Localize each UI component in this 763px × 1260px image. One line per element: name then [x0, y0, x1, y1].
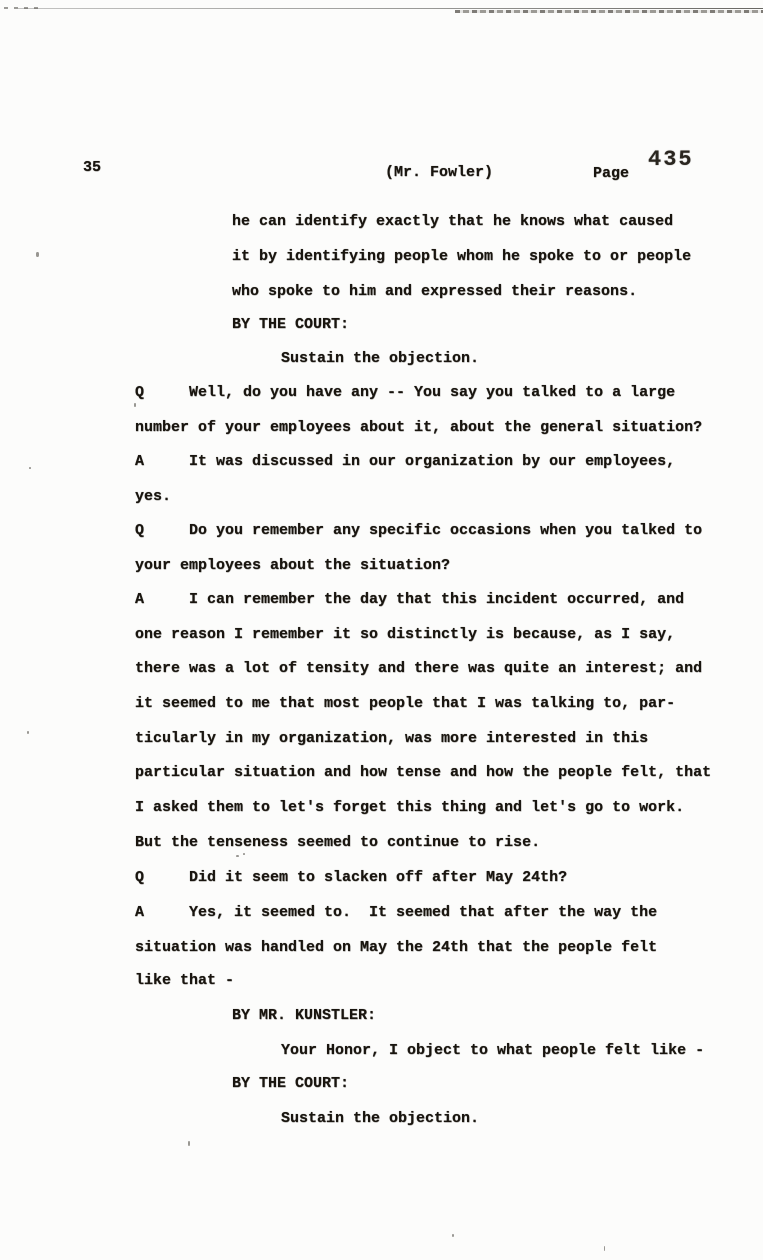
- scan-speck: [188, 1141, 190, 1146]
- court-ruling-line: Sustain the objection.: [281, 349, 479, 369]
- scan-speck: [243, 853, 245, 855]
- scan-speck: [452, 1234, 454, 1237]
- transcript-line: he can identify exactly that he knows wh…: [232, 212, 673, 232]
- scan-speck: [36, 252, 39, 257]
- answer-line: A It was discussed in our organization b…: [135, 452, 675, 472]
- transcript-line: there was a lot of tensity and there was…: [135, 659, 702, 679]
- speaker-heading-court: BY THE COURT:: [232, 315, 349, 335]
- answer-line: A I can remember the day that this incid…: [135, 590, 684, 610]
- transcript-line: your employees about the situation?: [135, 556, 450, 576]
- court-ruling-line: Sustain the objection.: [281, 1109, 479, 1129]
- speaker-heading-kunstler: BY MR. KUNSTLER:: [232, 1006, 376, 1026]
- scan-speck: [29, 467, 31, 469]
- speaker-heading-court: BY THE COURT:: [232, 1074, 349, 1094]
- transcript-line: one reason I remember it so distinctly i…: [135, 625, 675, 645]
- transcript-line: situation was handled on May the 24th th…: [135, 938, 657, 958]
- scan-speck: [134, 403, 136, 407]
- question-line: Q Do you remember any specific occasions…: [135, 521, 702, 541]
- scan-film-edge-dashes: [455, 10, 763, 13]
- scan-speck: [27, 731, 29, 734]
- scan-speck: [604, 1246, 605, 1251]
- transcript-page-number: 35: [83, 158, 101, 178]
- scan-film-edge-ticks: [4, 7, 44, 9]
- answer-line: A Yes, it seemed to. It seemed that afte…: [135, 903, 657, 923]
- witness-name-header: (Mr. Fowler): [385, 163, 493, 183]
- transcript-line: like that -: [135, 971, 234, 991]
- page-label: Page: [593, 164, 629, 184]
- transcript-scan-page: 35 (Mr. Fowler) Page 435 he can identify…: [0, 0, 763, 1260]
- transcript-line: But the tenseness seemed to continue to …: [135, 833, 540, 853]
- transcript-line: yes.: [135, 487, 171, 507]
- transcript-line: who spoke to him and expressed their rea…: [232, 282, 637, 302]
- transcript-line: I asked them to let's forget this thing …: [135, 798, 684, 818]
- transcript-line: particular situation and how tense and h…: [135, 763, 711, 783]
- page-number-stamp: 435: [648, 150, 694, 170]
- question-line: Q Well, do you have any -- You say you t…: [135, 383, 675, 403]
- scan-speck: [236, 855, 239, 857]
- transcript-line: it seemed to me that most people that I …: [135, 694, 675, 714]
- transcript-line: it by identifying people whom he spoke t…: [232, 247, 691, 267]
- transcript-line: number of your employees about it, about…: [135, 418, 702, 438]
- scan-film-edge-line: [18, 8, 763, 9]
- question-line: Q Did it seem to slacken off after May 2…: [135, 868, 567, 888]
- transcript-line: ticularly in my organization, was more i…: [135, 729, 648, 749]
- objection-line: Your Honor, I object to what people felt…: [281, 1041, 704, 1061]
